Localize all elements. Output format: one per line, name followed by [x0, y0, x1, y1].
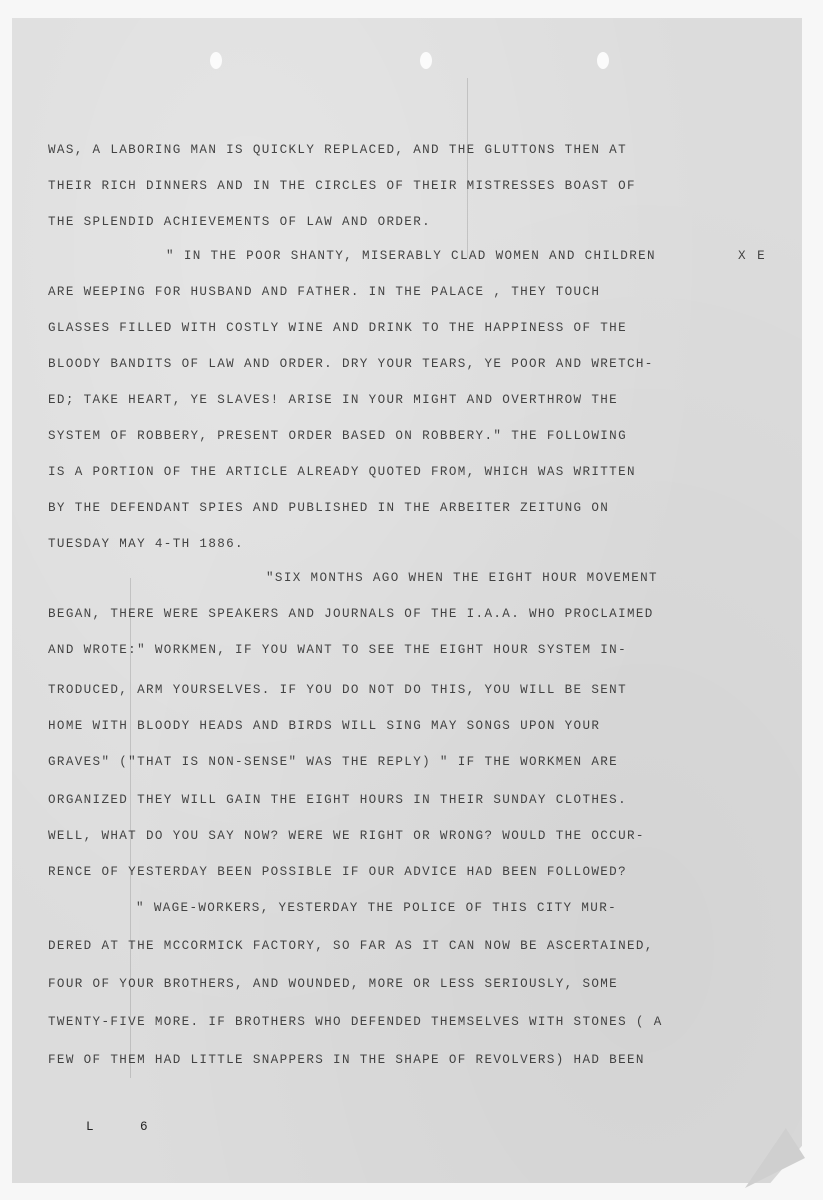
- text-line: ED; TAKE HEART, YE SLAVES! ARISE IN YOUR…: [48, 393, 618, 407]
- text-line: WAS, A LABORING MAN IS QUICKLY REPLACED,…: [48, 143, 627, 157]
- text-line: THEIR RICH DINNERS AND IN THE CIRCLES OF…: [48, 179, 636, 193]
- text-line: ARE WEEPING FOR HUSBAND AND FATHER. IN T…: [48, 285, 600, 299]
- text-line: " WAGE-WORKERS, YESTERDAY THE POLICE OF …: [136, 901, 617, 915]
- text-line: RENCE OF YESTERDAY BEEN POSSIBLE IF OUR …: [48, 865, 627, 879]
- text-line: WELL, WHAT DO YOU SAY NOW? WERE WE RIGHT…: [48, 829, 645, 843]
- text-line: FOUR OF YOUR BROTHERS, AND WOUNDED, MORE…: [48, 977, 618, 991]
- text-line: IS A PORTION OF THE ARTICLE ALREADY QUOT…: [48, 465, 636, 479]
- text-line: TRODUCED, ARM YOURSELVES. IF YOU DO NOT …: [48, 683, 627, 697]
- text-line: BLOODY BANDITS OF LAW AND ORDER. DRY YOU…: [48, 357, 654, 371]
- text-line: BY THE DEFENDANT SPIES AND PUBLISHED IN …: [48, 501, 609, 515]
- footer-letter: L: [86, 1120, 94, 1134]
- text-line: GRAVES" ("THAT IS NON-SENSE" WAS THE REP…: [48, 755, 618, 769]
- strikeover-mark: X E: [738, 249, 767, 263]
- text-line: SYSTEM OF ROBBERY, PRESENT ORDER BASED O…: [48, 429, 627, 443]
- text-line: DERED AT THE MCCORMICK FACTORY, SO FAR A…: [48, 939, 654, 953]
- text-line: FEW OF THEM HAD LITTLE SNAPPERS IN THE S…: [48, 1053, 645, 1067]
- text-line: AND WROTE:" WORKMEN, IF YOU WANT TO SEE …: [48, 643, 627, 657]
- text-line: GLASSES FILLED WITH COSTLY WINE AND DRIN…: [48, 321, 627, 335]
- text-line: TUESDAY MAY 4-TH 1886.: [48, 537, 244, 551]
- text-line: TWENTY-FIVE MORE. IF BROTHERS WHO DEFEND…: [48, 1015, 663, 1029]
- text-line: HOME WITH BLOODY HEADS AND BIRDS WILL SI…: [48, 719, 600, 733]
- text-line: " IN THE POOR SHANTY, MISERABLY CLAD WOM…: [166, 249, 656, 263]
- punch-hole: [210, 52, 222, 69]
- page-number: 6: [140, 1120, 148, 1134]
- text-line: THE SPLENDID ACHIEVEMENTS OF LAW AND ORD…: [48, 215, 431, 229]
- text-line: BEGAN, THERE WERE SPEAKERS AND JOURNALS …: [48, 607, 654, 621]
- text-line: ORGANIZED THEY WILL GAIN THE EIGHT HOURS…: [48, 793, 627, 807]
- punch-hole: [597, 52, 609, 69]
- crease-mark: [467, 78, 468, 258]
- punch-hole: [420, 52, 432, 69]
- text-line: "SIX MONTHS AGO WHEN THE EIGHT HOUR MOVE…: [266, 571, 658, 585]
